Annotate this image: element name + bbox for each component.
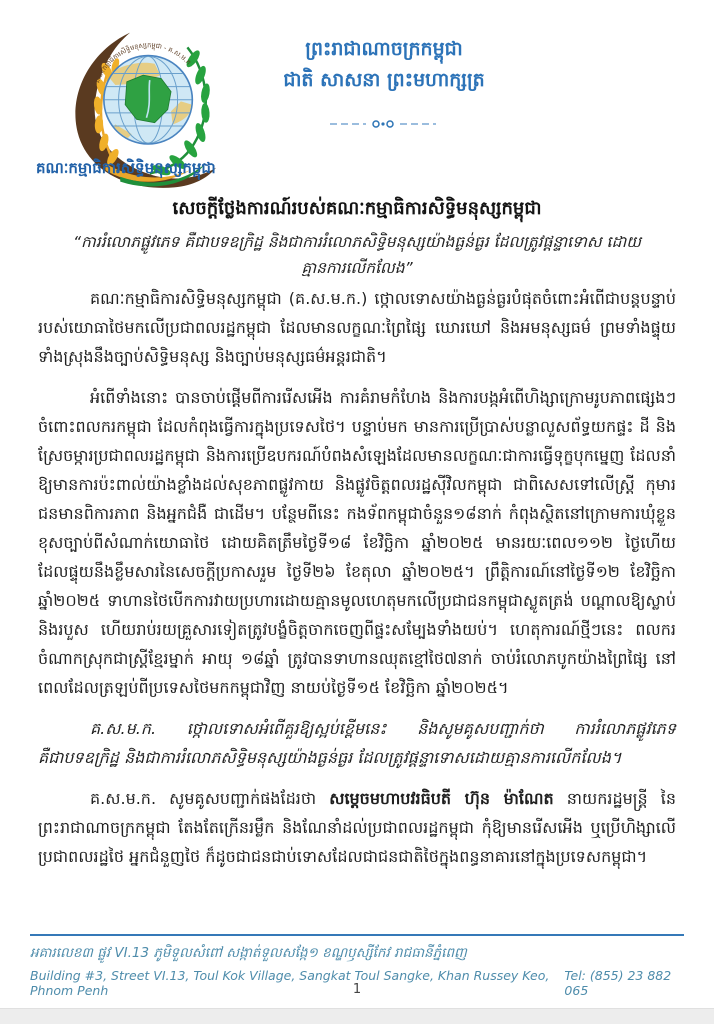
bottom-edge (0, 1008, 714, 1024)
kingdom-line1: ព្រះរាជាណាចក្រកម្ពុជា (248, 34, 520, 65)
pm-name: សម្តេចមហាបវរធិបតី ហ៊ុន ម៉ាណែត (329, 789, 553, 808)
paragraph-2: អំពើទាំងនោះ បានចាប់ផ្តើមពីការរើសអើង ការគ… (38, 383, 676, 702)
statement-body: គណៈកម្មាធិការសិទ្ធិមនុស្សកម្ពុជា (គ.ស.ម.… (38, 284, 676, 883)
statement-subtitle: “ការរំលោភផ្លូវភេទ គឺជាបទឧក្រិដ្ឋ និងជាកា… (70, 229, 644, 282)
address-khmer: អគារលេខ៣ ផ្លូវ VI.13 ភូមិទួលសំពៅ សង្កាត់… (30, 943, 684, 963)
org-logo: គណៈកម្មាធិការសិទ្ធិមនុស្សកម្ពុជា - គ.ស.ម… (58, 26, 230, 158)
kingdom-motto: ព្រះរាជាណាចក្រកម្ពុជា ជាតិ សាសនា ព្រះមហា… (248, 34, 520, 97)
committee-name: គណៈកម្មាធិការសិទ្ធិមនុស្សកម្ពុជា (36, 158, 276, 179)
paragraph-3: គ.ស.ម.ក. ថ្កោលទោសអំពើគួរឱ្យស្អប់ខ្ពើមនេះ… (38, 714, 676, 772)
paragraph-4-before: គ.ស.ម.ក. សូមគូសបញ្ជាក់ផងដែរថា (90, 789, 329, 808)
footer-rule (30, 934, 684, 936)
kingdom-line2: ជាតិ សាសនា ព្រះមហាក្សត្រ (248, 65, 520, 96)
page: គណៈកម្មាធិការសិទ្ធិមនុស្សកម្ពុជា - គ.ស.ម… (0, 0, 714, 1024)
page-number: 1 (0, 982, 714, 997)
paragraph-4: គ.ស.ម.ក. សូមគូសបញ្ជាក់ផងដែរថា សម្តេចមហាប… (38, 784, 676, 871)
divider-ornament (328, 116, 438, 130)
paragraph-1: គណៈកម្មាធិការសិទ្ធិមនុស្សកម្ពុជា (គ.ស.ម.… (38, 284, 676, 371)
statement-title: សេចក្តីថ្លែងការណ៍របស់គណៈកម្មាធិការសិទ្ធិ… (0, 196, 714, 223)
